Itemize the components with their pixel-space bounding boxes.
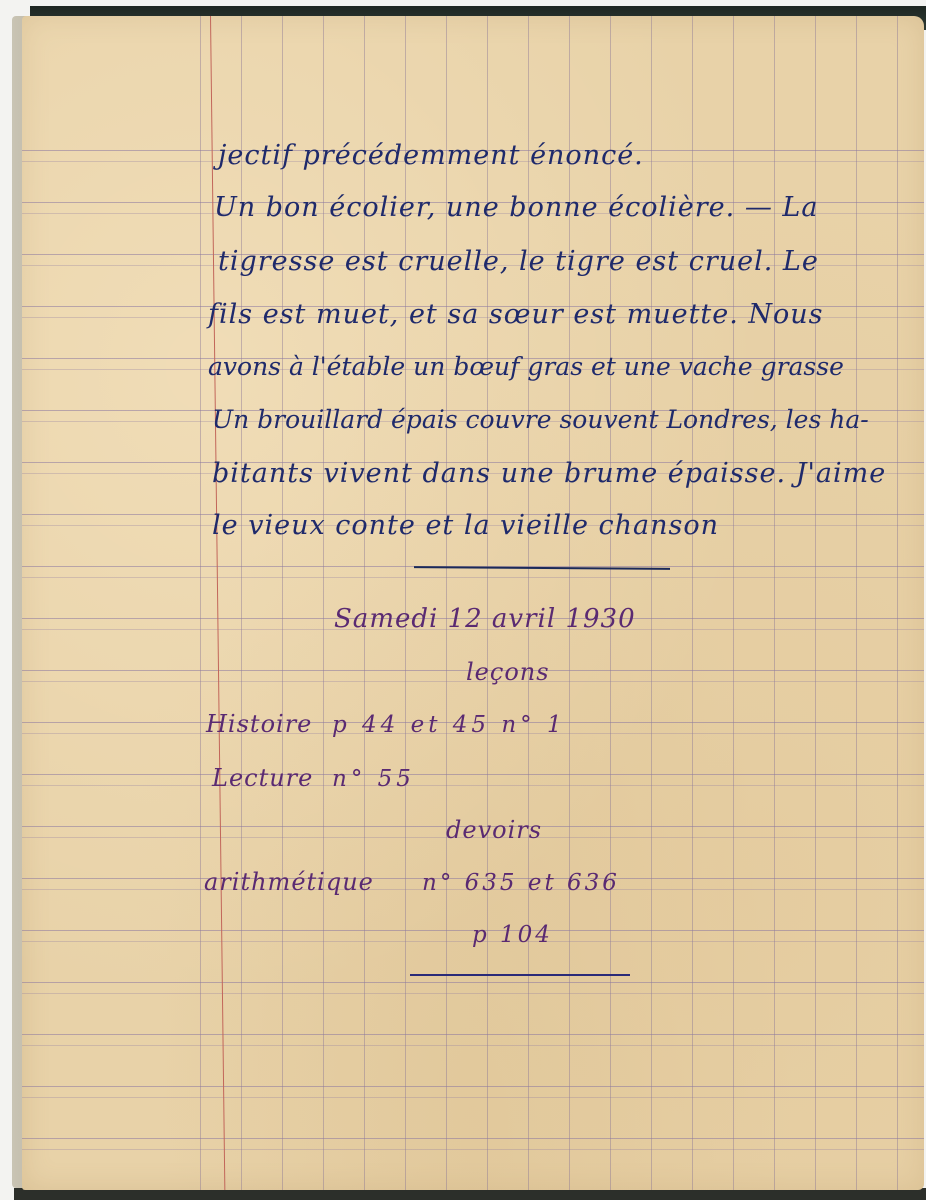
dictation-line: bitants vivent dans une brume épaisse. J… xyxy=(212,458,886,489)
assignment-page: p 104 xyxy=(472,922,553,948)
dictation-line: Un bon écolier, une bonne écolière. — La xyxy=(214,192,818,223)
dictation-line: le vieux conte et la vieille chanson xyxy=(212,510,719,541)
dictation-line: tigresse est cruelle, le tigre est cruel… xyxy=(218,246,819,277)
lesson-detail: p 44 et 45 n° 1 xyxy=(332,712,566,738)
dictation-line: Un brouillard épais couvre souvent Londr… xyxy=(212,405,869,434)
lesson-detail: n° 55 xyxy=(332,766,415,792)
dictation-line: avons à l'étable un bœuf gras et une vac… xyxy=(208,352,844,381)
lessons-heading: leçons xyxy=(466,658,550,686)
page-content: jectif précédemment énoncé. Un bon écoli… xyxy=(22,16,924,1190)
dictation-line: fils est muet, et sa sœur est muette. No… xyxy=(208,299,824,330)
notebook-page: jectif précédemment énoncé. Un bon écoli… xyxy=(22,16,924,1190)
assignment-subject: arithmétique xyxy=(204,868,374,896)
assignments-heading: devoirs xyxy=(446,816,542,844)
assignment-detail: n° 635 et 636 xyxy=(422,870,620,896)
section-divider xyxy=(414,566,670,570)
end-divider xyxy=(410,974,630,976)
lesson-subject: Lecture xyxy=(212,764,313,792)
scanned-notebook: jectif précédemment énoncé. Un bon écoli… xyxy=(0,0,926,1200)
homework-date: Samedi 12 avril 1930 xyxy=(334,604,636,634)
dictation-line: jectif précédemment énoncé. xyxy=(218,140,644,171)
lesson-subject: Histoire xyxy=(206,710,312,738)
